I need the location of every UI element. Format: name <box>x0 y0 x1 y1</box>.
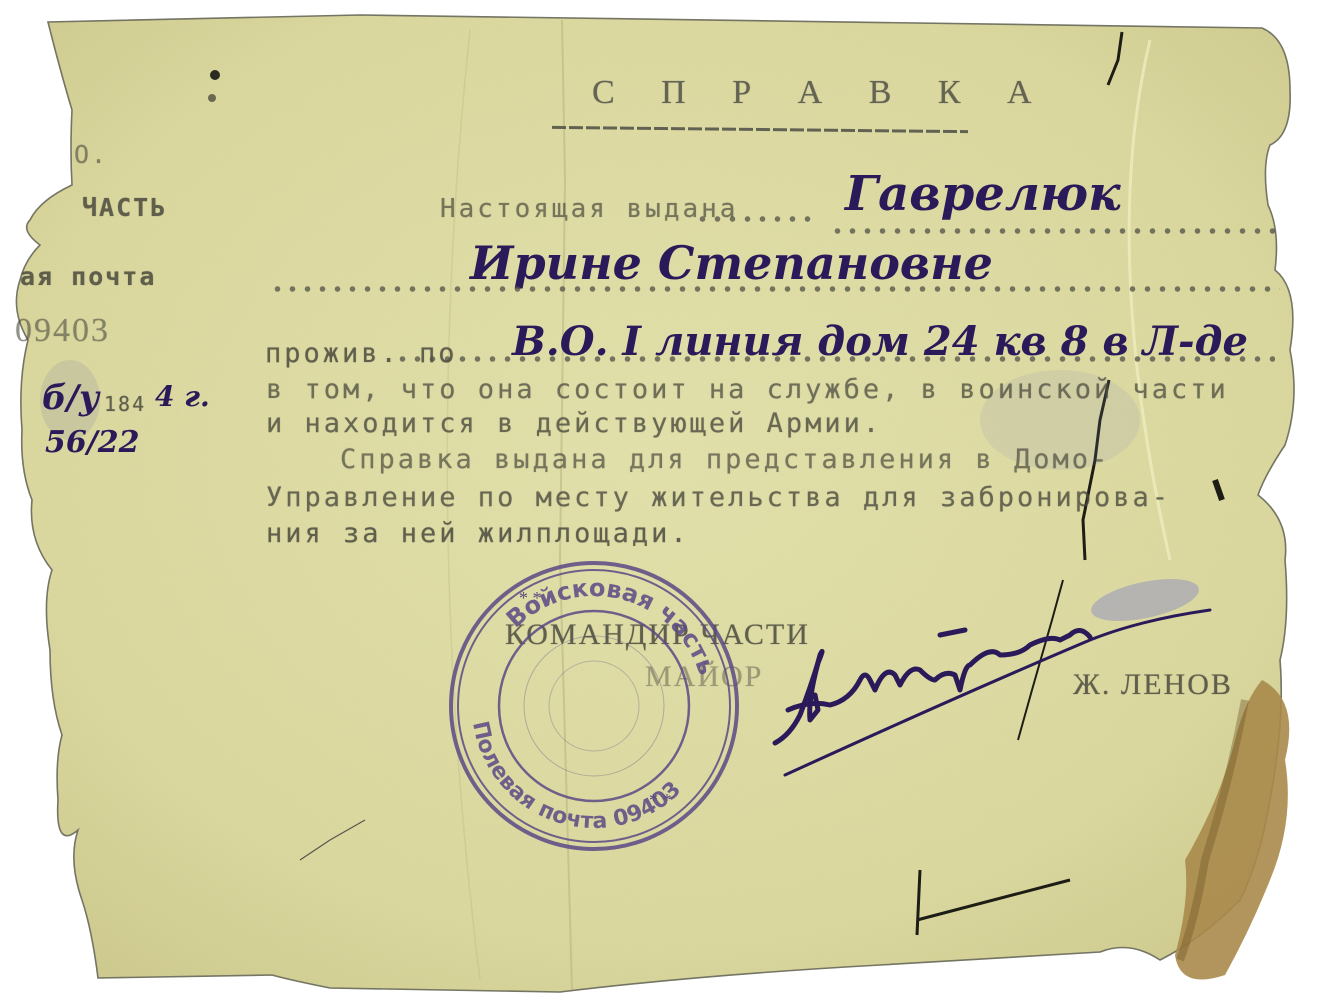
dotted-fill <box>695 216 815 222</box>
stamp-bottom-text: Полевая почта 09403 <box>467 719 686 834</box>
svg-text:* *: * * <box>519 588 542 608</box>
svg-text:Полевая почта 09403: Полевая почта 09403 <box>467 719 686 834</box>
left-header-date-hand: б/у <box>42 378 99 418</box>
left-header-unit: ЧАСТЬ <box>82 193 167 222</box>
left-header-number: 09403 <box>15 312 110 350</box>
left-header-post: ая почта <box>20 262 156 291</box>
residence-label: прожив. по <box>265 338 458 369</box>
body-line-service: в том, что она состоит на службе, в воин… <box>266 374 1229 405</box>
left-header-line-1: О. <box>74 140 108 169</box>
left-header-year-typed: 184 <box>104 392 146 416</box>
svg-text:* *: * * <box>649 790 672 810</box>
commander-signature <box>760 585 1230 785</box>
body-line-purpose: Справка выдана для представления в Домо- <box>340 444 1110 475</box>
dotted-fill <box>270 286 1280 292</box>
body-line-living-space: ния за ней жилплощади. <box>266 518 690 549</box>
body-issued-to-label: Настоящая выдана <box>440 194 738 224</box>
address-handwritten: В.О. I линия дом 24 кв 8 в Л-де <box>512 318 1248 365</box>
left-header-year-hand: 4 г. <box>155 380 210 413</box>
document-sheet: С П Р А В К А О. ЧАСТЬ ая почта 09403 б/… <box>0 0 1320 1000</box>
surname-handwritten: Гаврелюк <box>845 166 1121 222</box>
document-title: С П Р А В К А <box>592 74 1051 112</box>
dotted-fill <box>830 228 1280 234</box>
given-names-handwritten: Ирине Степановне <box>470 236 993 290</box>
unit-seal-stamp: Войсковая часть Полевая почта 09403 * * … <box>444 556 744 856</box>
body-line-army: и находится в действующей Армии. <box>266 408 882 439</box>
body-line-housing-office: Управление по месту жительства для забро… <box>266 482 1171 513</box>
left-header-reg-number: 56/22 <box>45 425 139 460</box>
